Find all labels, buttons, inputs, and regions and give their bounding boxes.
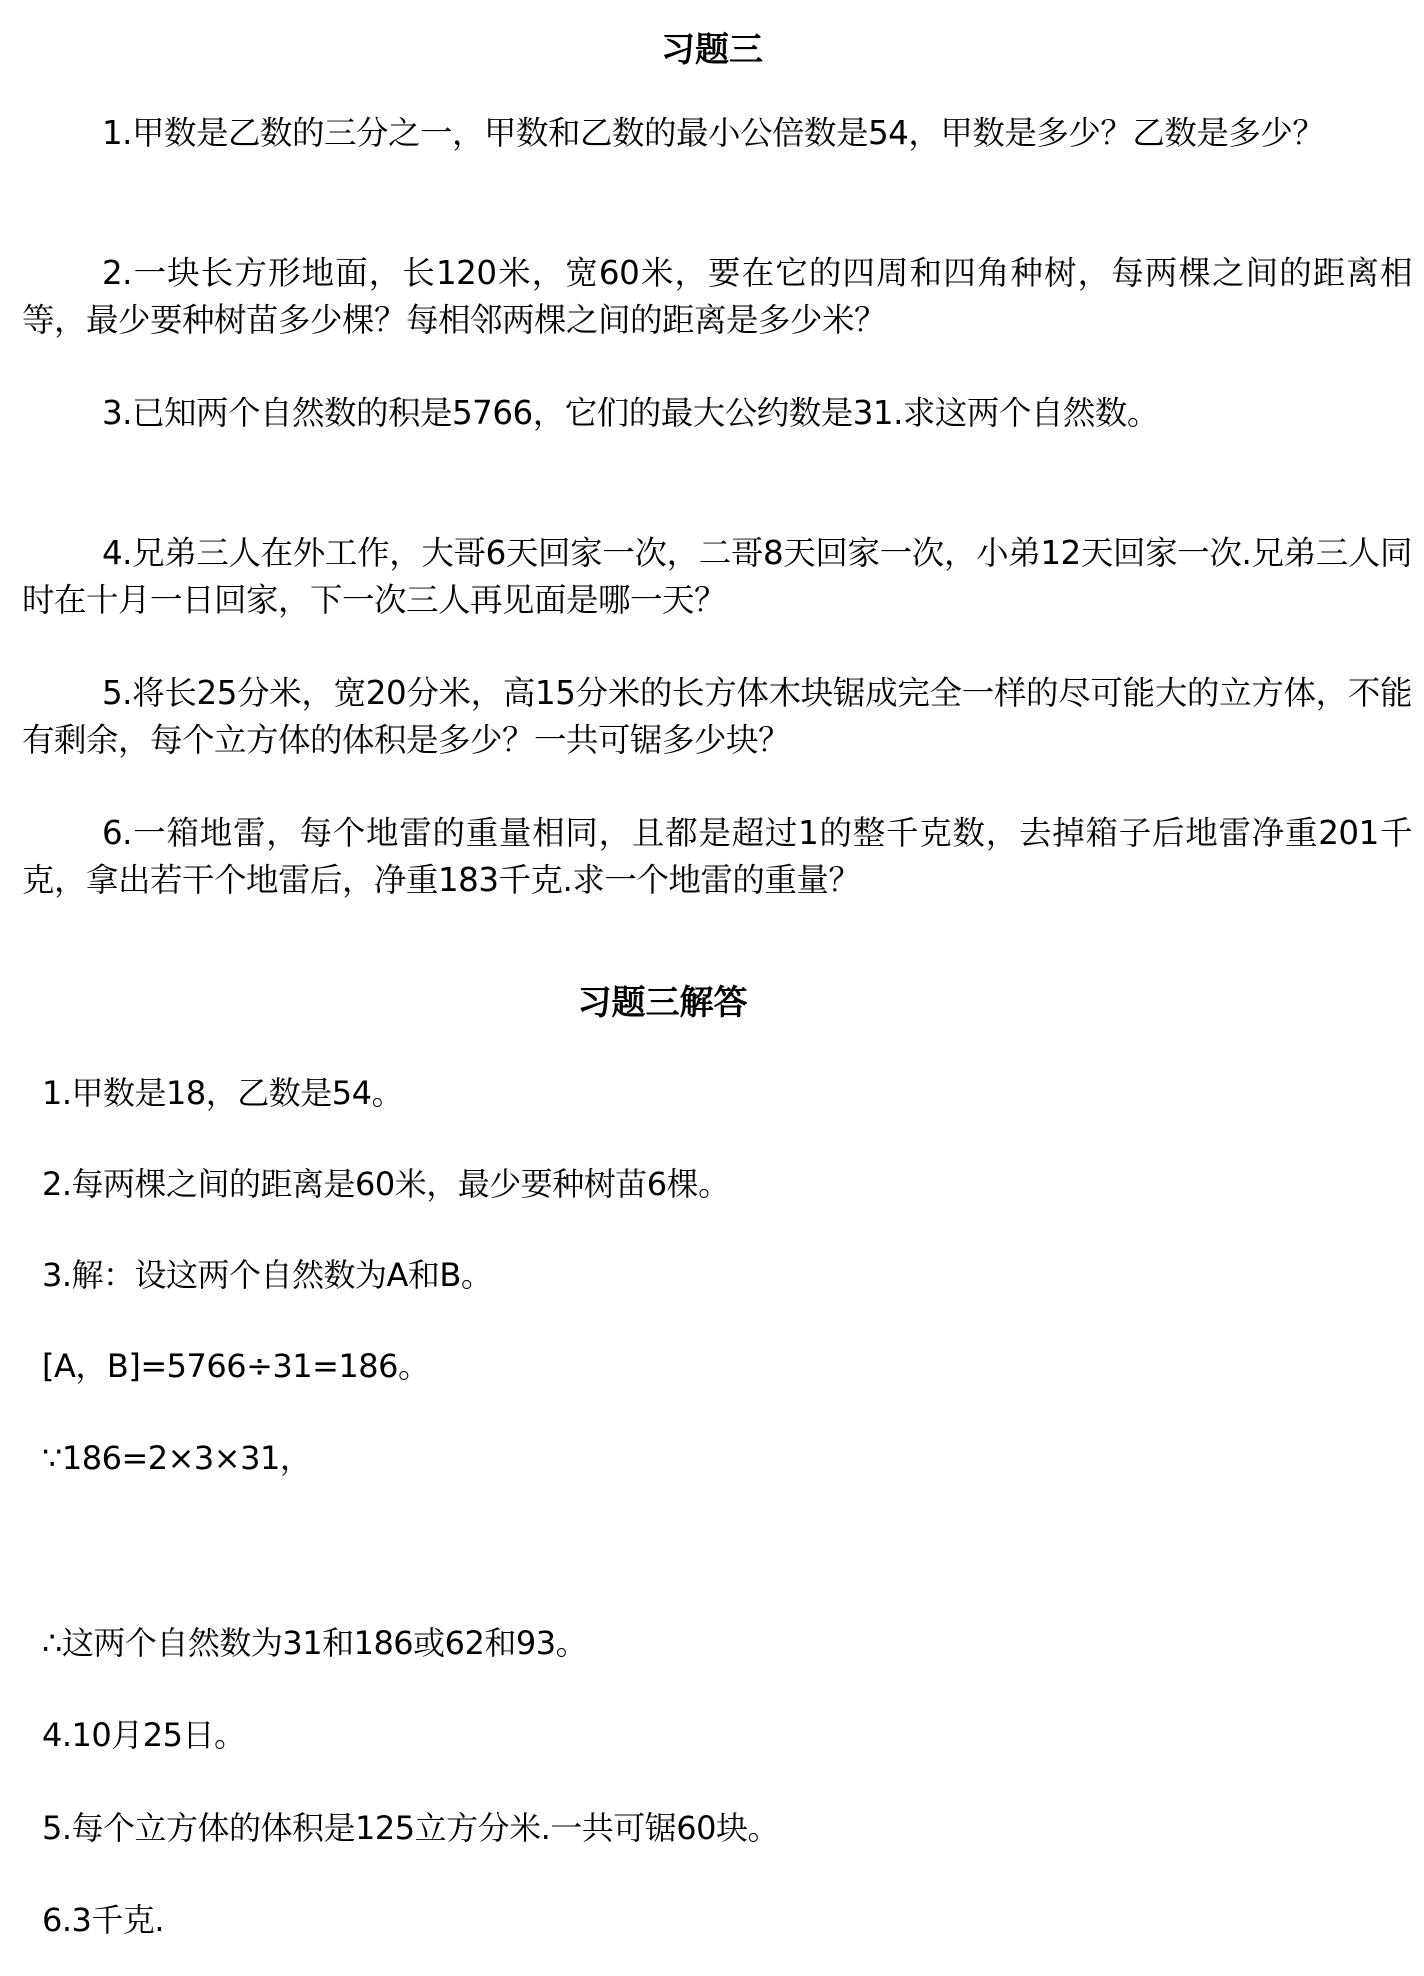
- answer-line: 6.3千克.: [42, 1900, 164, 1940]
- question-6: 6.一箱地雷，每个地雷的重量相同，且都是超过1的整千克数，去掉箱子后地雷净重20…: [22, 810, 1412, 904]
- answer-line: 3.解：设这两个自然数为A和B。: [42, 1255, 492, 1295]
- answer-line: 4.10月25日。: [42, 1715, 245, 1755]
- question-2: 2.一块长方形地面，长120米，宽60米，要在它的四周和四角种树，每两棵之间的距…: [22, 250, 1412, 344]
- exercises-title: 习题三: [0, 22, 1424, 71]
- answer-line: 2.每两棵之间的距离是60米，最少要种树苗6棵。: [42, 1164, 730, 1204]
- question-3: 3.已知两个自然数的积是5766，它们的最大公约数是31.求这两个自然数。: [22, 390, 1372, 437]
- question-1: 1.甲数是乙数的三分之一，甲数和乙数的最小公倍数是54，甲数是多少？乙数是多少？: [22, 110, 1412, 157]
- answer-line: ∵186=2×3×31，: [42, 1438, 311, 1478]
- question-5: 5.将长25分米，宽20分米，高15分米的长方体木块锯成完全一样的尽可能大的立方…: [22, 670, 1412, 764]
- answer-line: 1.甲数是18，乙数是54。: [42, 1073, 403, 1113]
- question-4: 4.兄弟三人在外工作，大哥6天回家一次，二哥8天回家一次，小弟12天回家一次.兄…: [22, 530, 1412, 624]
- answers-title: 习题三解答: [0, 975, 1325, 1024]
- answer-line: [A，B]=5766÷31=186。: [42, 1346, 430, 1386]
- answer-line: ∴这两个自然数为31和186或62和93。: [42, 1623, 587, 1663]
- answer-line: 5.每个立方体的体积是125立方分米.一共可锯60块。: [42, 1808, 779, 1848]
